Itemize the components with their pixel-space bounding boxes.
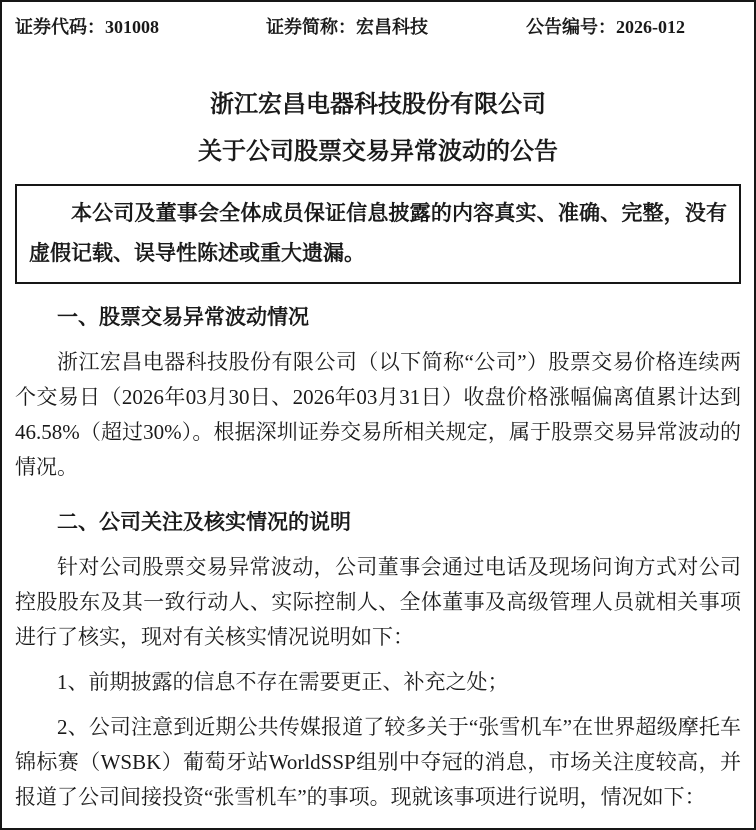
company-name-title: 浙江宏昌电器科技股份有限公司 [15,89,741,121]
document-header: 证券代码：301008 证券简称：宏昌科技 公告编号：2026-012 [15,2,741,39]
section2-paragraph: 针对公司股票交易异常波动，公司董事会通过电话及现场问询方式对公司控股股东及其一致… [15,550,741,655]
stock-short-name-label: 证券简称： [266,17,356,37]
stock-code-label: 证券代码： [15,17,105,37]
announcement-number: 公告编号：2026-012 [526,13,741,39]
disclaimer-text: 本公司及董事会全体成员保证信息披露的内容真实、准确、完整，没有虚假记载、误导性陈… [29,193,727,273]
announcement-page: 证券代码：301008 证券简称：宏昌科技 公告编号：2026-012 浙江宏昌… [0,0,756,830]
section2-item-2: 2、公司注意到近期公共传媒报道了较多关于“张雪机车”在世界超级摩托车锦标赛（WS… [15,710,741,815]
stock-code-value: 301008 [105,17,159,37]
announcement-number-label: 公告编号： [526,17,616,37]
section1-heading: 一、股票交易异常波动情况 [15,300,741,335]
section2-heading: 二、公司关注及核实情况的说明 [15,505,741,540]
disclaimer-box: 本公司及董事会全体成员保证信息披露的内容真实、准确、完整，没有虚假记载、误导性陈… [15,184,741,284]
announcement-number-value: 2026-012 [616,17,685,37]
section1-paragraph: 浙江宏昌电器科技股份有限公司（以下简称“公司”）股票交易价格连续两个交易日（20… [15,345,741,485]
stock-short-name: 证券简称：宏昌科技 [266,13,526,39]
section2-item-1: 1、前期披露的信息不存在需要更正、补充之处； [15,665,741,700]
stock-code: 证券代码：301008 [15,13,266,39]
announcement-subject-title: 关于公司股票交易异常波动的公告 [15,136,741,168]
stock-short-name-value: 宏昌科技 [356,17,428,37]
